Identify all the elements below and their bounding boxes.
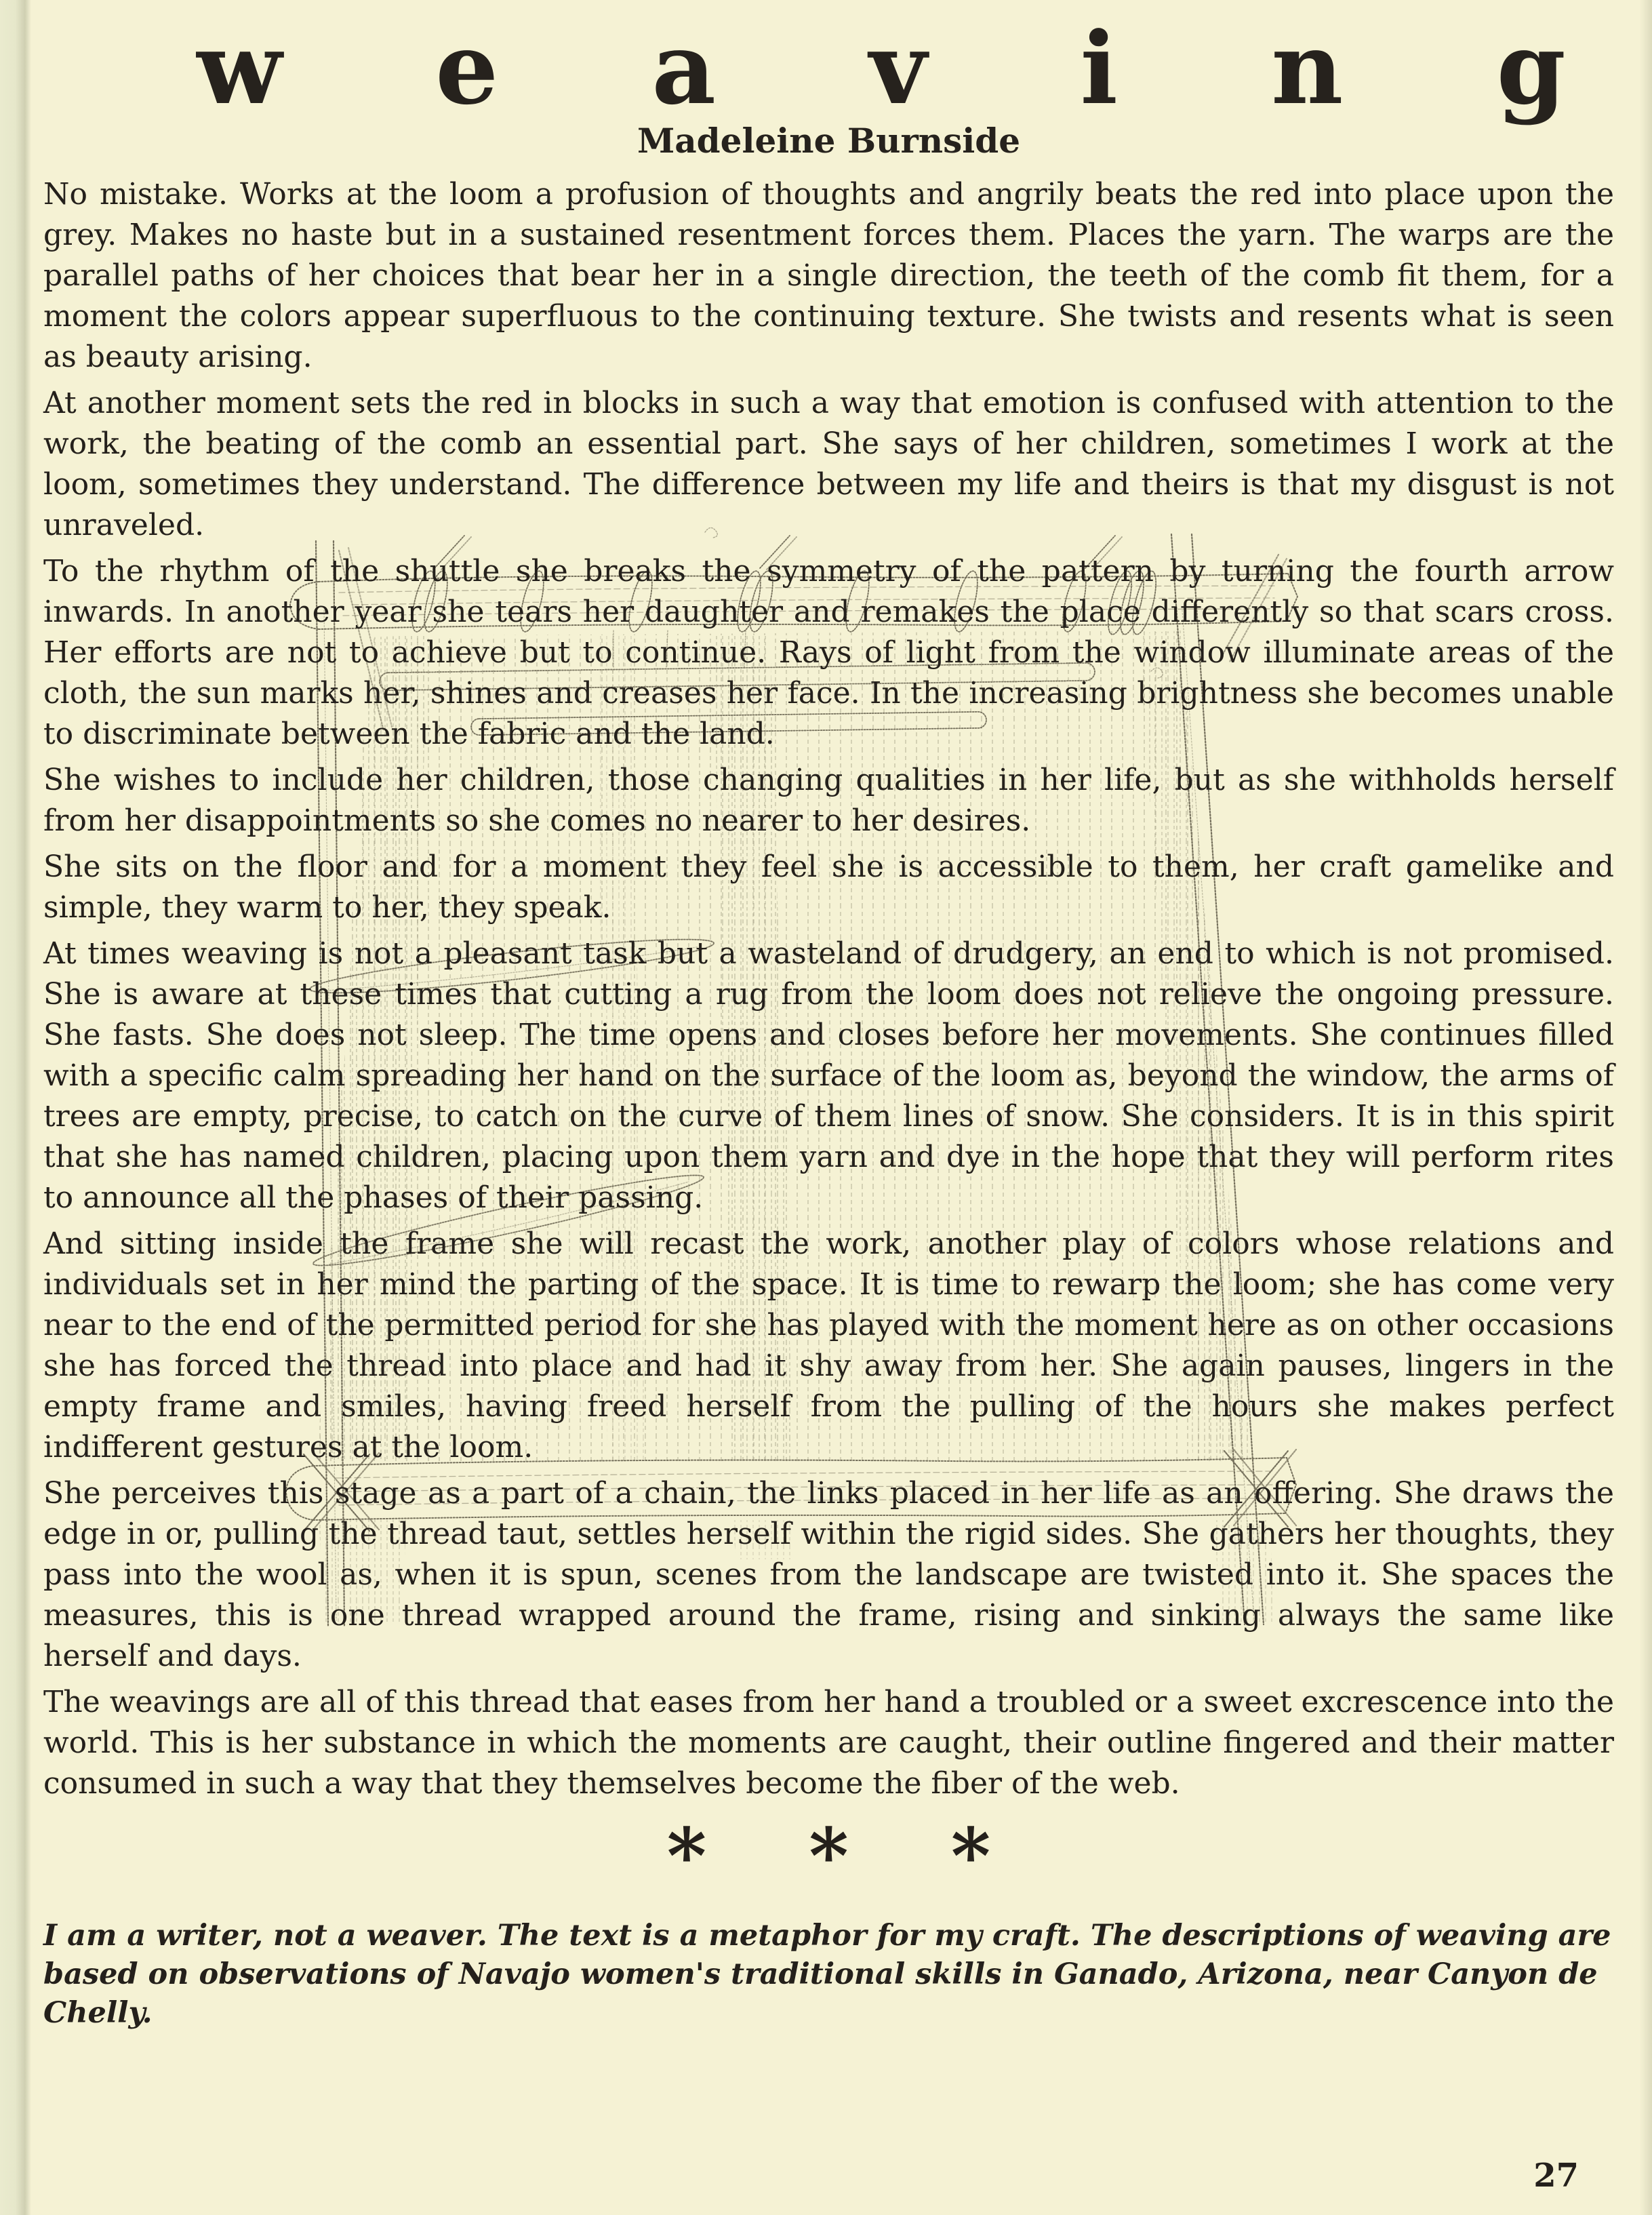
author-note: I am a writer, not a weaver. The text is… <box>43 1917 1614 2033</box>
paragraph: She wishes to include her children, thos… <box>43 760 1614 841</box>
paragraph: At times weaving is not a pleasant task … <box>43 934 1614 1218</box>
paragraph: She perceives this stage as a part of a … <box>43 1473 1614 1677</box>
page-title: weaving <box>43 12 1614 126</box>
paragraph: No mistake. Works at the loom a profusio… <box>43 174 1614 378</box>
scanned-page: { "doc": { "title": "weaving", "author":… <box>0 0 1652 2215</box>
paragraph: She sits on the floor and for a moment t… <box>43 847 1614 928</box>
paragraph: The weavings are all of this thread that… <box>43 1682 1614 1804</box>
asterisk-divider: * * * <box>43 1819 1614 1907</box>
page-right-edge <box>1640 0 1652 2215</box>
page-number: 27 <box>1533 2157 1579 2195</box>
paragraph: At another moment sets the red in blocks… <box>43 383 1614 546</box>
page-binding-edge <box>0 0 31 2215</box>
paragraph: And sitting inside the frame she will re… <box>43 1224 1614 1468</box>
page-content: weaving Madeleine Burnside No mistake. W… <box>43 12 1614 2033</box>
paragraph: To the rhythm of the shuttle she breaks … <box>43 551 1614 755</box>
body-text: No mistake. Works at the loom a profusio… <box>43 174 1614 1804</box>
